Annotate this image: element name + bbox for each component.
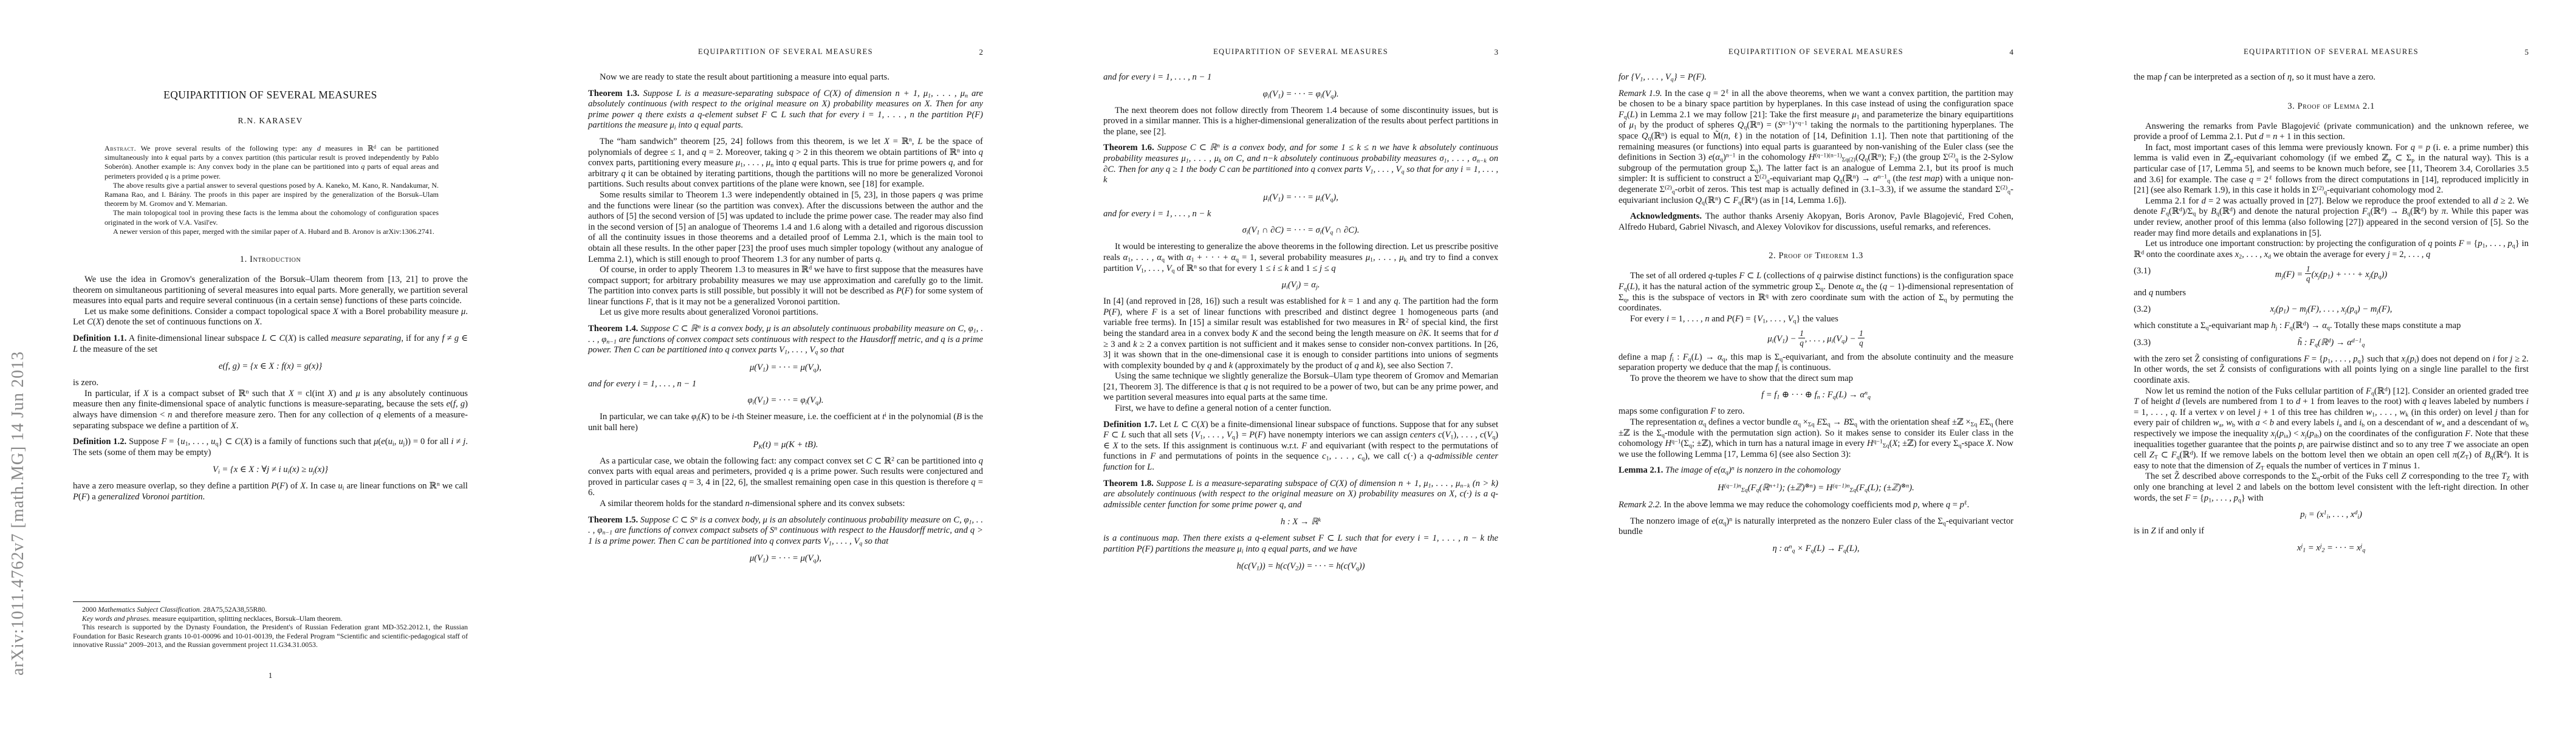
- statement-body: Suppose L is a measure-separating subspa…: [1103, 479, 1498, 510]
- paragraph: In [4] (and reproved in [28, 16]) such a…: [1103, 296, 1498, 371]
- display-equation: σi(V1 ∩ ∂C) = · · · = σi(Vq ∩ ∂C).: [1103, 224, 1498, 237]
- remark-2-2: Remark 2.2. In the above lemma we may re…: [1619, 500, 2013, 511]
- display-equation: (3.1)mj(F) = 1q(xj(p1) + · · · + xj(pq)): [2134, 265, 2529, 282]
- paragraph: the map f can be interpreted as a sectio…: [2134, 72, 2529, 83]
- abstract: Abstract. We prove several results of th…: [104, 144, 439, 236]
- statement-body: In the above lemma we may reduce the coh…: [1664, 500, 1970, 510]
- statement-body: Let L ⊂ C(X) be a finite-dimensional lin…: [1103, 420, 1498, 472]
- paragraph: with the zero set Z̃ consisting of confi…: [2134, 354, 2529, 386]
- page-header: EQUIPARTITION OF SEVERAL MEASURES5: [2134, 0, 2529, 56]
- page-content: Now we are ready to state the result abo…: [588, 72, 983, 565]
- paragraph: In particular, we can take φi(K) to be i…: [588, 412, 983, 433]
- equation-math: h : X → ℝk: [1281, 517, 1321, 527]
- statement-label: Definition 1.7.: [1103, 420, 1157, 430]
- paragraph: Lemma 2.1 for d = 2 was actually proved …: [2134, 196, 2529, 239]
- display-equation: (3.2)xj(p1) − mj(F), . . . , xj(pq) − mj…: [2134, 303, 2529, 316]
- equation-math: μi(V1) − 1q, . . . , μi(Vq) − 1q: [1767, 334, 1864, 344]
- equation-math: h̃ : Fq(ℝd) → αd−1q: [2298, 338, 2365, 347]
- paragraph: First, we have to define a general notio…: [1103, 403, 1498, 414]
- display-equation: μ(V1) = · · · = μ(Vq),: [588, 361, 983, 374]
- equation-math: η : αnq × Fq(L) → Fq(L),: [1772, 544, 1859, 553]
- statement-body: Suppose C ⊂ Sn is a convex body, μ is an…: [588, 515, 983, 546]
- paragraph: and q numbers: [2134, 288, 2529, 299]
- paragraph: which constitute a Σq-equivariant map hj…: [2134, 321, 2529, 332]
- abstract-paragraph: A newer version of this paper, merged wi…: [104, 227, 439, 236]
- display-equation: e(f, g) = {x ∈ X : f(x) = g(x)}: [73, 360, 468, 373]
- page-content: and for every i = 1, . . . , n − 1φi(V1)…: [1103, 72, 1498, 573]
- display-equation: μi(V1) − 1q, . . . , μi(Vq) − 1q: [1619, 329, 2013, 347]
- paragraph: maps some configuration F to zero.: [1619, 406, 2013, 417]
- theorem-1-6: Theorem 1.6. Suppose C ⊂ ℝn is a convex …: [1103, 143, 1498, 185]
- abstract-paragraph: The main tolopogical tool in proving the…: [104, 208, 439, 227]
- equation-math: mj(F) = 1q(xj(p1) + · · · + xj(pq)): [2275, 270, 2387, 279]
- paragraph: For every i = 1, . . . , n and P(F) = {V…: [1619, 314, 2013, 325]
- page-content: for {V1, . . . , Vq} = P(F).Remark 1.9. …: [1619, 72, 2013, 555]
- paragraph: Using the same technique we slightly gen…: [1103, 371, 1498, 403]
- equation-math: pi = (x1i, . . . , xdi): [2300, 510, 2362, 519]
- paragraph: To prove the theorem we have to show tha…: [1619, 374, 2013, 385]
- display-equation: φi(V1) = · · · = φi(Vq).: [1103, 88, 1498, 101]
- statement-label: Lemma 2.1.: [1619, 465, 1663, 475]
- paper-title: EQUIPARTITION OF SEVERAL MEASURES: [73, 89, 468, 101]
- paragraph: In fact, most important cases of this le…: [2134, 143, 2529, 196]
- page-number: 5: [2525, 47, 2529, 57]
- author-name: R.N. KARASEV: [73, 116, 468, 126]
- paragraph: The nonzero image of e(αq)n is naturally…: [1619, 516, 2013, 538]
- display-equation: φi(V1) = · · · = φi(Vq).: [588, 394, 983, 407]
- equation-math: H(q−1)nΣq(Fq(ℝn+1); (±ℤ)⊗n) = H(q−1)nΣq(…: [1718, 483, 1914, 493]
- paragraph: Let us give more results about generaliz…: [588, 307, 983, 318]
- pdf-canvas: EQUIPARTITION OF SEVERAL MEASURESR.N. KA…: [0, 0, 2576, 729]
- statement-continuation: and for every i = 1, . . . , n − 1: [1103, 72, 1498, 83]
- paragraph: Let us introduce one important construct…: [2134, 239, 2529, 260]
- equation-tag: (3.3): [2134, 337, 2151, 349]
- paragraph: The set of all ordered q-tuples F ⊂ L (c…: [1619, 271, 2013, 313]
- statement-label: Acknowledgments.: [1630, 211, 1702, 221]
- footnote-block: 2000 Mathematics Subject Classification.…: [73, 601, 468, 649]
- remark-1-9: Remark 1.9. In the case q = 2ℓ in all th…: [1619, 89, 2013, 207]
- display-equation: μi(Vj) = αj.: [1103, 279, 1498, 292]
- definition-1-1: Definition 1.1. A finite-dimensional lin…: [73, 334, 468, 355]
- footnote: 2000 Mathematics Subject Classification.…: [73, 605, 468, 614]
- equation-math: μi(Vj) = αj.: [1282, 280, 1320, 290]
- statement-label: Remark 1.9.: [1619, 89, 1662, 98]
- running-title: EQUIPARTITION OF SEVERAL MEASURES: [1213, 47, 1388, 56]
- acknowledgments: Acknowledgments. The author thanks Arsen…: [1619, 211, 2013, 233]
- statement-continuation: is a continuous map. Then there exists a…: [1103, 533, 1498, 555]
- section-heading: 3. Proof of Lemma 2.1: [2134, 101, 2529, 112]
- page-number: 3: [1495, 47, 1499, 57]
- definition-1-7: Definition 1.7. Let L ⊂ C(X) be a finite…: [1103, 420, 1498, 473]
- statement-continuation: for {V1, . . . , Vq} = P(F).: [1619, 72, 2013, 83]
- equation-tag: (3.1): [2134, 265, 2151, 278]
- lemma-2-1: Lemma 2.1. The image of e(αq)n is nonzer…: [1619, 465, 2013, 476]
- page-content: EQUIPARTITION OF SEVERAL MEASURESR.N. KA…: [73, 89, 468, 503]
- paragraph: is in Z if and only if: [2134, 526, 2529, 537]
- statement-body: In the case q = 2ℓ in all the above theo…: [1619, 89, 2013, 205]
- section-heading: 2. Proof of Theorem 1.3: [1619, 251, 2013, 261]
- statement-body: Suppose C ⊂ ℝn is a convex body, and for…: [1103, 143, 1498, 185]
- equation-math: σi(V1 ∩ ∂C) = · · · = σi(Vq ∩ ∂C).: [1242, 225, 1360, 235]
- equation-math: PK(t) = μ(K + tB).: [753, 440, 818, 450]
- theorem-1-4: Theorem 1.4. Suppose C ⊂ ℝn is a convex …: [588, 324, 983, 356]
- paragraph: The next theorem does not follow directl…: [1103, 106, 1498, 138]
- equation-math: μi(V1) = · · · = μi(Vq),: [1263, 193, 1338, 202]
- display-equation: pi = (x1i, . . . , xdi): [2134, 508, 2529, 521]
- running-title: EQUIPARTITION OF SEVERAL MEASURES: [2244, 47, 2419, 56]
- statement-body: The image of e(αq)n is nonzero in the co…: [1665, 465, 1841, 475]
- equation-math: f = f1 ⊕ · · · ⊕ fn : Fq(L) → αnq: [1761, 390, 1871, 400]
- page-content: the map f can be interpreted as a sectio…: [2134, 72, 2529, 555]
- equation-math: xj(p1) − mj(F), . . . , xj(pq) − mj(F),: [2270, 304, 2393, 314]
- statement-label: Definition 1.2.: [73, 437, 126, 447]
- equation-math: μ(V1) = · · · = μ(Vq),: [750, 553, 821, 563]
- paragraph: The “ham sandwich” theorem [25, 24] foll…: [588, 137, 983, 190]
- equation-math: φi(V1) = · · · = φi(Vq).: [747, 395, 823, 405]
- page-number: 2: [979, 47, 984, 57]
- paragraph: In particular, if X is a compact subset …: [73, 389, 468, 431]
- paragraph: is zero.: [73, 378, 468, 389]
- equation-math: xj1 = xj2 = · · · = xjq: [2297, 543, 2365, 553]
- display-equation: η : αnq × Fq(L) → Fq(L),: [1619, 542, 2013, 555]
- paragraph: As a particular case, we obtain the foll…: [588, 456, 983, 499]
- page-header: EQUIPARTITION OF SEVERAL MEASURES2: [588, 0, 983, 56]
- paragraph: define a map fi : Fq(L) → αq, this map i…: [1619, 352, 2013, 374]
- equation-math: e(f, g) = {x ∈ X : f(x) = g(x)}: [219, 361, 322, 371]
- paragraph: Answering the remarks from Pavle Blagoje…: [2134, 122, 2529, 143]
- statement-body: A finite-dimensional linear subspace L ⊂…: [73, 334, 468, 354]
- paragraph: Now we are ready to state the result abo…: [588, 72, 983, 83]
- page-number: 1: [73, 671, 468, 680]
- footnote: This research is supported by the Dynast…: [73, 623, 468, 649]
- statement-body: Suppose L is a measure-separating subspa…: [588, 89, 983, 131]
- paragraph: A similar theorem holds for the standard…: [588, 499, 983, 510]
- paragraph: Of course, in order to apply Theorem 1.3…: [588, 265, 983, 307]
- theorem-1-3: Theorem 1.3. Suppose L is a measure-sepa…: [588, 89, 983, 131]
- page-5: EQUIPARTITION OF SEVERAL MEASURES5the ma…: [2061, 0, 2576, 729]
- page-3: EQUIPARTITION OF SEVERAL MEASURES3and fo…: [1030, 0, 1546, 729]
- display-equation: xj1 = xj2 = · · · = xjq: [2134, 542, 2529, 555]
- pages-row: EQUIPARTITION OF SEVERAL MEASURESR.N. KA…: [0, 0, 2576, 729]
- theorem-1-8: Theorem 1.8. Suppose L is a measure-sepa…: [1103, 479, 1498, 511]
- equation-tag: (3.2): [2134, 303, 2151, 316]
- statement-label: Theorem 1.3.: [588, 89, 639, 98]
- statement-continuation: and for every i = 1, . . . , n − 1: [588, 379, 983, 390]
- arxiv-watermark: arXiv:1011.4762v7 [math.MG] 14 Jun 2013: [9, 351, 28, 676]
- footnote: Key words and phrases. measure equiparti…: [73, 614, 468, 623]
- paragraph: The set Z̃ described above corresponds t…: [2134, 471, 2529, 504]
- paragraph: Some results similar to Theorem 1.3 were…: [588, 190, 983, 265]
- footnote-rule: [73, 601, 160, 602]
- page-header: EQUIPARTITION OF SEVERAL MEASURES4: [1619, 0, 2013, 56]
- statement-continuation: and for every i = 1, . . . , n − k: [1103, 209, 1498, 220]
- page-header: EQUIPARTITION OF SEVERAL MEASURES3: [1103, 0, 1498, 56]
- running-title: EQUIPARTITION OF SEVERAL MEASURES: [1728, 47, 1903, 56]
- display-equation: h : X → ℝk: [1103, 516, 1498, 529]
- display-equation: f = f1 ⊕ · · · ⊕ fn : Fq(L) → αnq: [1619, 389, 2013, 402]
- page-4: EQUIPARTITION OF SEVERAL MEASURES4for {V…: [1546, 0, 2061, 729]
- statement-label: Definition 1.1.: [73, 334, 126, 343]
- statement-label: Theorem 1.6.: [1103, 143, 1154, 152]
- equation-math: h(c(V1)) = h(c(V2)) = · · · = h(c(Vq)): [1237, 561, 1365, 571]
- statement-label: Theorem 1.8.: [1103, 479, 1154, 488]
- paragraph: Now let us remind the notion of the Fuks…: [2134, 386, 2529, 472]
- abstract-paragraph: The above results give a partial answer …: [104, 181, 439, 209]
- display-equation: H(q−1)nΣq(Fq(ℝn+1); (±ℤ)⊗n) = H(q−1)nΣq(…: [1619, 482, 2013, 495]
- paragraph: have a zero measure overlap, so they def…: [73, 481, 468, 502]
- paragraph: It would be interesting to generalize th…: [1103, 242, 1498, 274]
- page-1: EQUIPARTITION OF SEVERAL MEASURESR.N. KA…: [0, 0, 515, 729]
- statement-label: Theorem 1.5.: [588, 515, 638, 525]
- statement-body: Suppose C ⊂ ℝn is a convex body, μ is an…: [588, 324, 983, 355]
- statement-body: Suppose F = {u1, . . . , uq} ⊂ C(X) is a…: [73, 437, 468, 457]
- abstract-paragraph: Abstract. We prove several results of th…: [104, 144, 439, 181]
- statement-label: Theorem 1.4.: [588, 324, 638, 334]
- display-equation: μi(V1) = · · · = μi(Vq),: [1103, 191, 1498, 204]
- section-heading: 1. Introduction: [73, 255, 468, 265]
- paragraph: Let us make some definitions. Consider a…: [73, 307, 468, 328]
- equation-math: μ(V1) = · · · = μ(Vq),: [750, 363, 821, 372]
- definition-1-2: Definition 1.2. Suppose F = {u1, . . . ,…: [73, 437, 468, 458]
- running-title: EQUIPARTITION OF SEVERAL MEASURES: [698, 47, 873, 56]
- page-2: EQUIPARTITION OF SEVERAL MEASURES2Now we…: [515, 0, 1030, 729]
- paragraph: We use the idea in Gromov's generalizati…: [73, 275, 468, 307]
- equation-math: Vi = {x ∈ X : ∀j ≠ i ui(x) ≥ uj(x)}: [213, 465, 328, 474]
- abstract-label: Abstract.: [104, 144, 136, 152]
- display-equation: PK(t) = μ(K + tB).: [588, 439, 983, 451]
- statement-label: Remark 2.2.: [1619, 500, 1662, 510]
- display-equation: Vi = {x ∈ X : ∀j ≠ i ui(x) ≥ uj(x)}: [73, 464, 468, 476]
- display-equation: (3.3)h̃ : Fq(ℝd) → αd−1q: [2134, 337, 2529, 349]
- display-equation: μ(V1) = · · · = μ(Vq),: [588, 552, 983, 565]
- paragraph: The representation αq defines a vector b…: [1619, 417, 2013, 460]
- display-equation: h(c(V1)) = h(c(V2)) = · · · = h(c(Vq)): [1103, 560, 1498, 573]
- theorem-1-5: Theorem 1.5. Suppose C ⊂ Sn is a convex …: [588, 515, 983, 547]
- equation-math: φi(V1) = · · · = φi(Vq).: [1262, 89, 1338, 99]
- page-number: 4: [2010, 47, 2014, 57]
